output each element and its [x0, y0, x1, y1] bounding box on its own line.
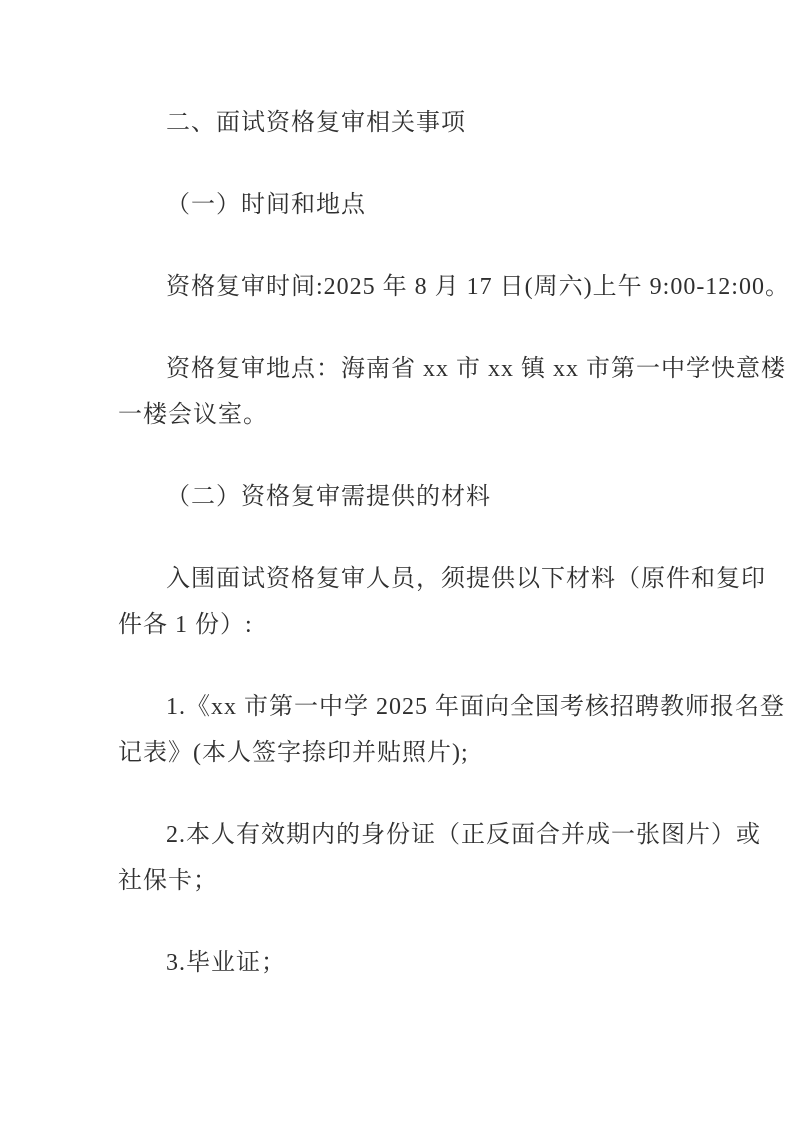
review-time-text: 资格复审时间:2025 年 8 月 17 日(周六)上午 9:00-12:00。	[118, 264, 703, 310]
material-item-3-text: 3.毕业证；	[118, 940, 703, 986]
material-item-2: 2.本人有效期内的身份证（正反面合并成一张图片）或 社保卡；	[118, 812, 703, 904]
material-item-1-line-2: 记表》(本人签字捺印并贴照片);	[118, 730, 703, 776]
material-item-2-line-1: 2.本人有效期内的身份证（正反面合并成一张图片）或	[118, 812, 703, 858]
review-location-line-2: 一楼会议室。	[118, 392, 703, 438]
material-item-2-line-2: 社保卡；	[118, 858, 703, 904]
material-item-1-line-1: 1.《xx 市第一中学 2025 年面向全国考核招聘教师报名登	[118, 684, 703, 730]
material-item-3: 3.毕业证；	[118, 940, 703, 986]
review-location-paragraph: 资格复审地点：海南省 xx 市 xx 镇 xx 市第一中学快意楼 一楼会议室。	[118, 346, 703, 438]
document-page: 二、面试资格复审相关事项 （一）时间和地点 资格复审时间:2025 年 8 月 …	[0, 0, 793, 1122]
section-heading: 二、面试资格复审相关事项	[118, 100, 703, 146]
materials-intro-line-2: 件各 1 份）:	[118, 602, 703, 648]
section-heading-text: 二、面试资格复审相关事项	[118, 100, 703, 146]
subsection-heading-text: （一）时间和地点	[118, 182, 703, 228]
material-item-1: 1.《xx 市第一中学 2025 年面向全国考核招聘教师报名登 记表》(本人签字…	[118, 684, 703, 776]
subsection-heading-time-location: （一）时间和地点	[118, 182, 703, 228]
materials-intro-paragraph: 入围面试资格复审人员，须提供以下材料（原件和复印 件各 1 份）:	[118, 556, 703, 648]
subsection-heading-materials: （二）资格复审需提供的材料	[118, 474, 703, 520]
review-time-paragraph: 资格复审时间:2025 年 8 月 17 日(周六)上午 9:00-12:00。	[118, 264, 703, 310]
review-location-line-1: 资格复审地点：海南省 xx 市 xx 镇 xx 市第一中学快意楼	[118, 346, 703, 392]
subsection-heading-text: （二）资格复审需提供的材料	[118, 474, 703, 520]
materials-intro-line-1: 入围面试资格复审人员，须提供以下材料（原件和复印	[118, 556, 703, 602]
